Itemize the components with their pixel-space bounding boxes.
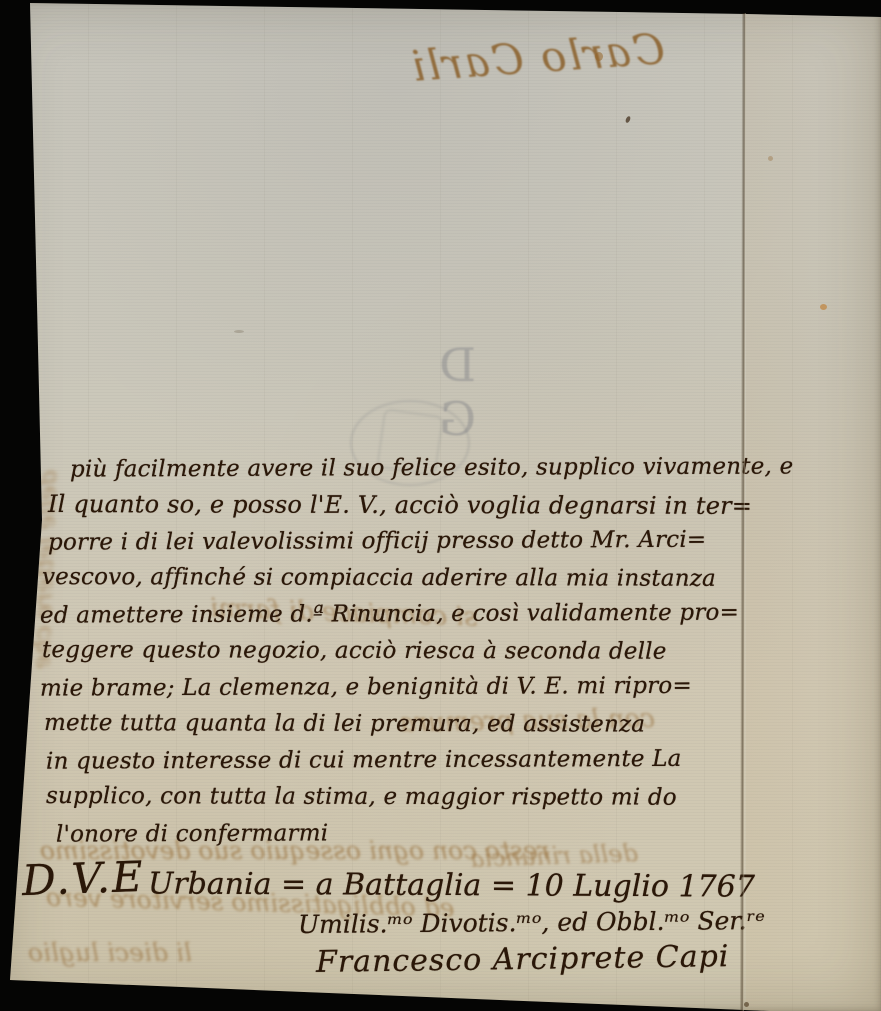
letter-line: mette tutta quanta la di lei premura, ed… — [44, 705, 793, 743]
dateline: Urbania = a Battaglia = 10 Luglio 1767 — [148, 866, 755, 904]
letter-line: mie brame; La clemenza, e benignità di V… — [40, 667, 794, 707]
letter-line: vescovo, affinché si compiaccia aderire … — [42, 559, 793, 597]
letter-body: più facilmente avere il suo felice esito… — [40, 450, 793, 852]
paper-fiber — [234, 330, 244, 333]
showthrough-fragment: li dieci luglio — [28, 938, 192, 967]
letter-line: l'onore di confermarmi — [56, 813, 794, 853]
letter-line: ed amettere insieme d.ª Rinuncia, e così… — [40, 594, 794, 634]
letter-line: Il quanto so, e posso l'E. V., acciò vog… — [48, 486, 793, 524]
showthrough-inscription: Carlo Carli — [384, 24, 667, 92]
rust-speck — [820, 304, 827, 310]
ink-stain — [595, 52, 603, 61]
letter-line: teggere questo negozio, acciò riesca à s… — [42, 632, 793, 670]
valediction: D.V.E — [21, 852, 145, 905]
signature-role: Umilis.ᵐᵒ Divotis.ᵐᵒ, ed Obbl.ᵐᵒ Ser.ʳᵉ — [298, 906, 765, 939]
letter-line: supplico, con tutta la stima, e maggior … — [46, 778, 793, 816]
scanned-letter-page: D G Carlo Carli delle lettere che si com… — [0, 0, 881, 1011]
letter-line: porre i di lei valevolissimi officij pre… — [48, 521, 794, 561]
paper-stain — [768, 156, 773, 161]
letter-line: in questo interesse di cui mentre incess… — [46, 740, 794, 780]
ink-dot — [744, 1002, 749, 1007]
ink-mark — [625, 115, 632, 123]
signature-name: Francesco Arciprete Capi — [316, 939, 730, 980]
letter-line: più facilmente avere il suo felice esito… — [70, 448, 794, 488]
paper-sheet: D G Carlo Carli delle lettere che si com… — [0, 0, 881, 1011]
